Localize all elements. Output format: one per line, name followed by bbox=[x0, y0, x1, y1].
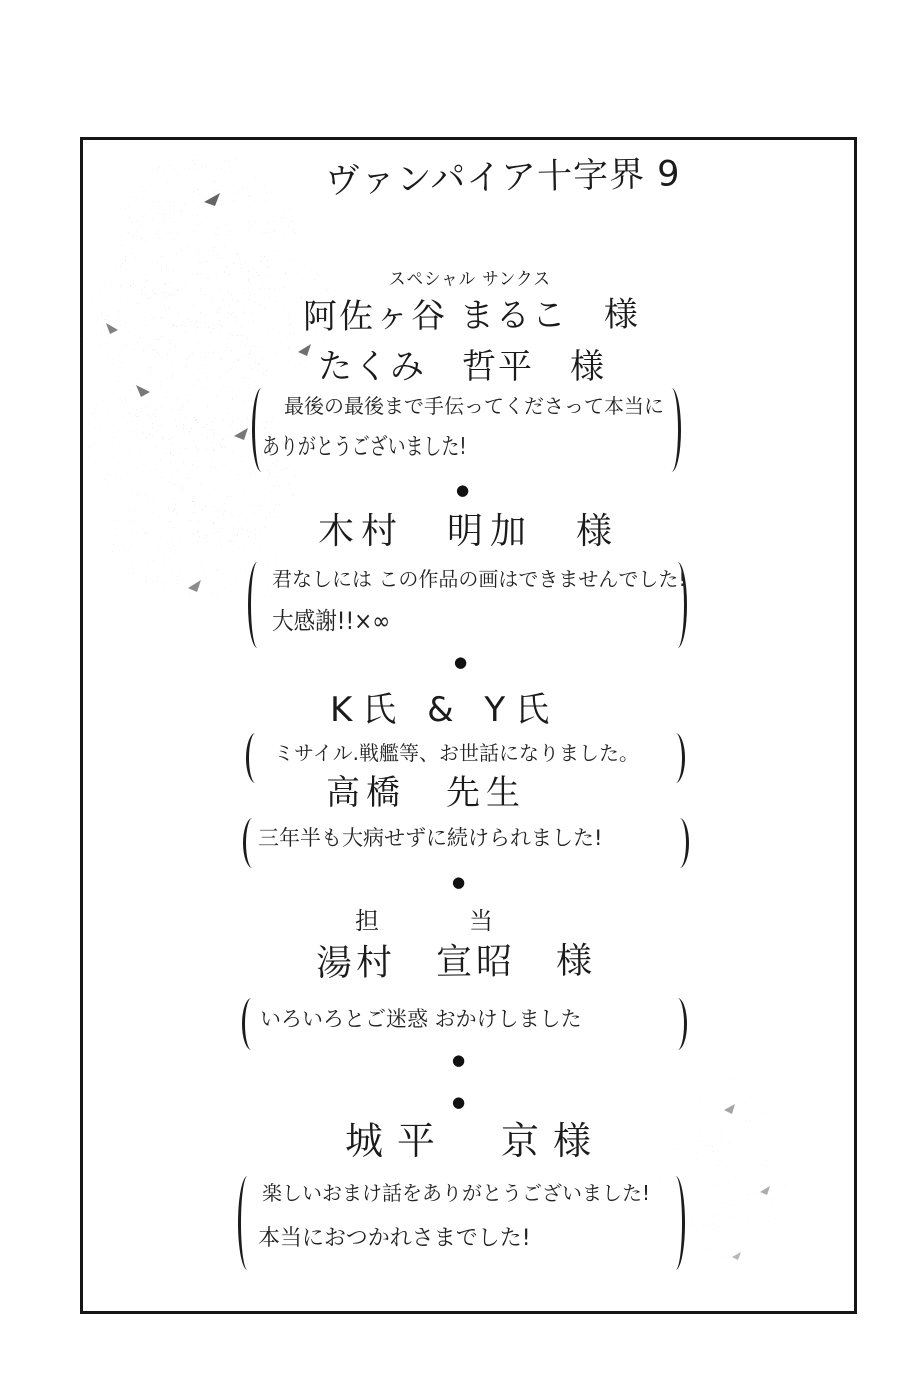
flower-art-top-left bbox=[84, 140, 336, 620]
thanks-note-line: ミサイル.戦艦等、お世話になりました。 bbox=[274, 742, 639, 765]
thanks-note-line: いろいろとご迷惑 おかけしました bbox=[260, 1007, 582, 1031]
thanks-note-line: ありがとうございました! bbox=[262, 434, 467, 460]
thanks-note-line: 君なしには この作品の画はできませんでした! bbox=[272, 568, 686, 591]
separator-dot: ● bbox=[452, 1053, 465, 1068]
right-parenthesis bbox=[668, 998, 687, 1050]
left-parenthesis bbox=[242, 998, 261, 1050]
left-parenthesis bbox=[248, 562, 267, 648]
thanks-note-line: 三年半も大病せずに続けられました! bbox=[258, 826, 602, 850]
thanks-name: たくみ 哲平 様 bbox=[318, 348, 606, 387]
separator-dot: ● bbox=[452, 875, 465, 890]
left-parenthesis bbox=[238, 1176, 257, 1270]
thanks-note-line: 楽しいおまけ話をありがとうございました! bbox=[262, 1182, 650, 1205]
right-parenthesis bbox=[666, 1176, 685, 1270]
manga-thanks-page: ヴァンパイア十字界 9 スペシャル サンクス 阿佐ヶ谷 まるこ 様 たくみ 哲平… bbox=[0, 0, 900, 1400]
thanks-name: K氏 & Y氏 bbox=[330, 691, 559, 730]
thanks-name: 高橋 先生 bbox=[326, 774, 526, 813]
separator-dot: ● bbox=[452, 1095, 465, 1110]
right-parenthesis bbox=[662, 388, 681, 472]
right-parenthesis bbox=[670, 818, 689, 868]
thanks-note-line: 最後の最後まで手伝ってくださって本当に bbox=[284, 395, 664, 418]
thanks-name: 城平 京様 bbox=[345, 1120, 605, 1164]
separator-dot: ● bbox=[456, 483, 469, 498]
right-parenthesis bbox=[666, 733, 685, 783]
left-parenthesis bbox=[246, 733, 265, 783]
separator-dot: ● bbox=[454, 655, 467, 670]
book-title: ヴァンパイア十字界 9 bbox=[325, 154, 681, 202]
role-label-editor: 担当 bbox=[355, 908, 583, 936]
thanks-name: 木村 明加 様 bbox=[318, 511, 619, 552]
thanks-name: 湯村 宣昭 様 bbox=[316, 941, 596, 985]
flower-art-bottom-right bbox=[632, 1072, 822, 1287]
special-thanks-heading: スペシャル サンクス bbox=[389, 270, 551, 291]
thanks-note-line: 大感謝!!×∞ bbox=[272, 608, 390, 636]
thanks-name: 阿佐ヶ谷 まるこ 様 bbox=[303, 296, 640, 337]
thanks-note-line: 本当におつかれさまでした! bbox=[258, 1226, 531, 1251]
